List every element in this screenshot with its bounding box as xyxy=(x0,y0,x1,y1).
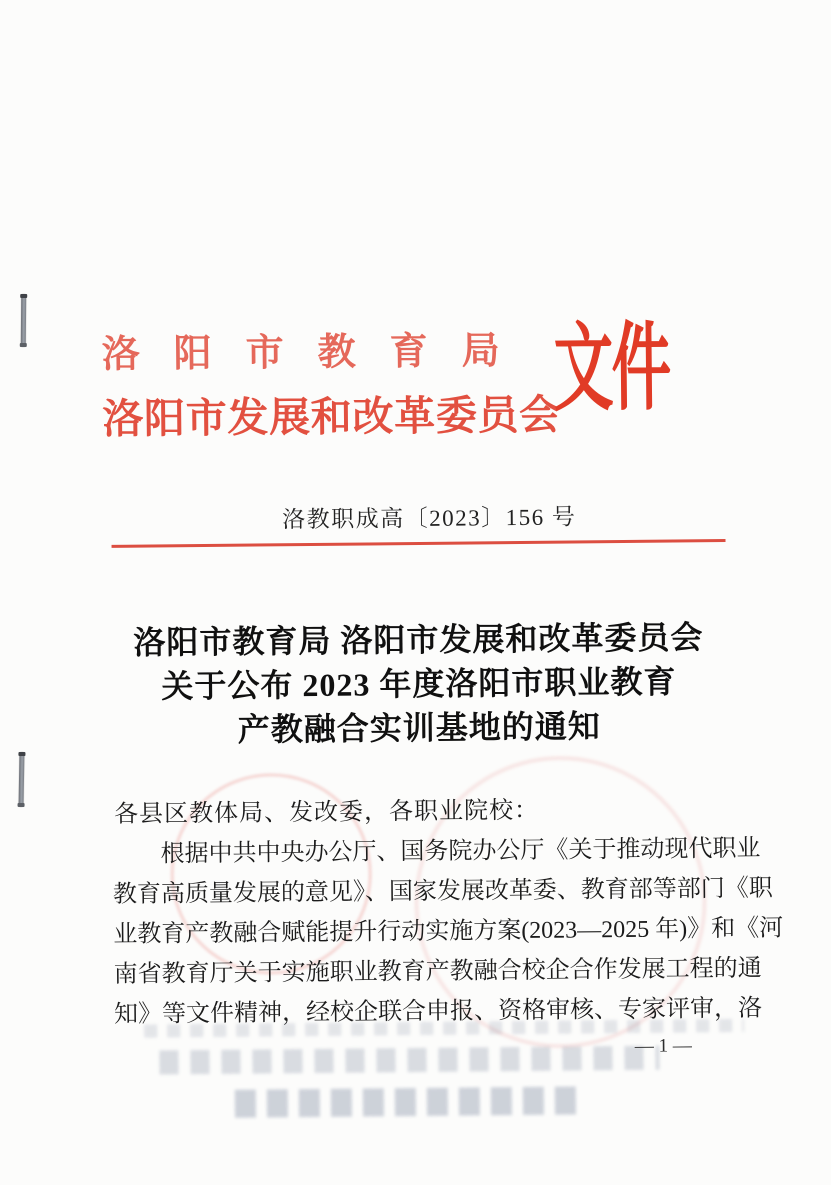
body-paragraph: 根据中共中央办公厅、国务院办公厅《关于推动现代职业 教育高质量发展的意见》、国家… xyxy=(112,829,748,1035)
document-content: 洛阳市教育局 洛阳市发展和改革委员会 文件 洛教职成高〔2023〕156 号 洛… xyxy=(0,0,831,1185)
staple-bottom xyxy=(19,752,25,807)
document-title: 洛阳市教育局 洛阳市发展和改革委员会 关于公布 2023 年度洛阳市职业教育 产… xyxy=(65,615,772,754)
salutation-line: 各县区教体局、发改委，各职业院校： xyxy=(114,790,539,829)
agency-name-line-1: 洛阳市教育局 xyxy=(101,319,500,378)
doc-number: 洛教职成高〔2023〕156 号 xyxy=(0,496,831,537)
red-divider-rule xyxy=(112,539,726,548)
body-line: 根据中共中央办公厅、国务院办公厅《关于推动现代职业 xyxy=(112,829,746,875)
body-line: 教育高质量发展的意见》、国家发展改革委、教育部等部门《职 xyxy=(113,869,747,915)
doc-type-label: 文件 xyxy=(553,320,669,419)
title-line-1: 洛阳市教育局 洛阳市发展和改革委员会 xyxy=(65,615,771,666)
title-line-2: 关于公布 2023 年度洛阳市职业教育 xyxy=(66,659,772,710)
bleedthrough-text-row xyxy=(159,1046,659,1075)
body-line: 南省教育厅关于实施职业教育产教融合校企合作发展工程的通 xyxy=(113,949,747,995)
letterhead: 洛阳市教育局 洛阳市发展和改革委员会 xyxy=(101,319,560,445)
staple-top xyxy=(21,294,26,347)
body-line: 知》等文件精神，经校企联合申报、资格审核、专家评审，洛 xyxy=(114,989,748,1035)
agency-name-line-2: 洛阳市发展和改革委员会 xyxy=(102,382,561,445)
title-line-3: 产教融合实训基地的通知 xyxy=(66,703,772,754)
scanned-document-page: 洛阳市教育局 洛阳市发展和改革委员会 文件 洛教职成高〔2023〕156 号 洛… xyxy=(0,0,831,1185)
body-line: 业教育产教融合赋能提升行动实施方案(2023—2025 年)》和《河 xyxy=(113,909,747,955)
bleedthrough-text-row xyxy=(235,1086,580,1117)
page-number: — 1 — xyxy=(608,1035,718,1058)
